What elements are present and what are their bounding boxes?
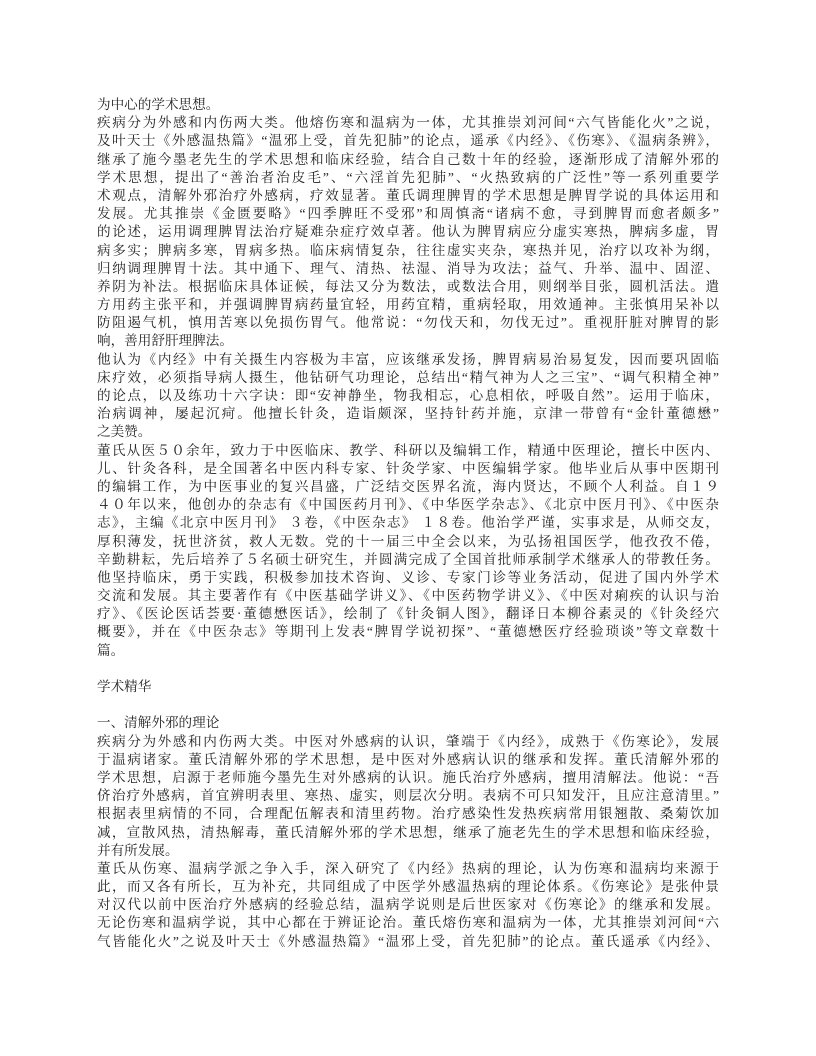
text-line: 董氏从医５０余年，致力于中医临床、教学、科研以及编辑工作，精通中医理论，擅长中医… (97, 442, 719, 460)
text-line: 的编辑工作，为中医事业的复兴昌盛，广泛结交医界名流，海内贤达，不顾个人利益。自１… (97, 478, 719, 496)
text-line: 的论述，运用调理脾胃法治疗疑难杂症疗效卓著。他认为脾胃病应分虚实寒热，脾病多虚，… (97, 223, 719, 241)
text-line: 之美赞。 (97, 423, 719, 441)
text-line: 发展。尤其推崇《金匮要略》“四季脾旺不受邪”和周慎斋“诸病不愈，寻到脾胃而愈者颇… (97, 205, 719, 223)
document-text-body: 为中心的学术思想。疾病分为外感和内伤两大类。他熔伤寒和温病为一体，尤其推崇刘河间… (97, 96, 719, 951)
text-line: 治病调神，屡起沉疴。他擅长针灸，造诣颇深，坚持针药并施，京津一带曾有“金针董德懋… (97, 405, 719, 423)
section-heading: 学术精华 (97, 678, 719, 696)
text-line: 对汉代以前中医治疗外感病的经验总结，温病学说则是后世医家对《伤寒论》的继承和发展… (97, 896, 719, 914)
text-line: 响，善用舒肝理脾法。 (97, 332, 719, 350)
text-line: 学术思想，提出了“善治者治皮毛”、“六淫首先犯肺”、“火热致病的广泛性”等一系列… (97, 169, 719, 187)
section-heading: 一、清解外邪的理论 (97, 714, 719, 732)
text-line: 防阻遏气机，慎用苦寒以免损伤胃气。他常说：“勿伐天和，勿伐无过”。重视肝脏对脾胃… (97, 314, 719, 332)
text-line: 气皆能化火”之说及叶天士《外感温热篇》“温邪上受，首先犯肺”的论点。董氏遥承《内… (97, 933, 719, 951)
text-line: 他认为《内经》中有关摄生内容极为丰富，应该继承发扬，脾胃病易治易复发，因而要巩固… (97, 351, 719, 369)
text-line: 归纳调理脾胃十法。其中通下、理气、清热、祛湿、消导为攻法；益气、升举、温中、固涩… (97, 260, 719, 278)
text-line: 病多实；脾病多寒，胃病多热。临床病情复杂，往往虚实夹杂，寒热并见，治疗以攻补为纲… (97, 242, 719, 260)
text-line: 根据表里病情的不同，合理配伍解表和清里药物。治疗感染性发热疾病常用银翘散、桑菊饮… (97, 805, 719, 823)
text-line: 的论点，以及练功十六字诀：即“安神静坐，物我相忘，心息相依，呼吸自然”。运用于临… (97, 387, 719, 405)
text-line: 于温病诸家。董氏清解外邪的学术思想，是中医对外感病认识的继承和发挥。董氏清解外邪… (97, 751, 719, 769)
text-line: 床疗效，必须指导病人摄生，他钻研气功理论，总结出“精气神为人之三宝”、“调气积精… (97, 369, 719, 387)
text-line: 篇。 (97, 642, 719, 660)
text-line: 方用药主张平和，并强调脾胃病药量宜轻，用药宜精，重病轻取，用效通神。主张慎用呆补… (97, 296, 719, 314)
text-line: ４０年以来，他创办的杂志有《中国医药月刊》、《中华医学杂志》、《北京中医月刊》、… (97, 496, 719, 514)
text-line: 此，而又各有所长，互为补充，共同组成了中医学外感温热病的理论体系。《伤寒论》是张… (97, 878, 719, 896)
text-line: 概要》，并在《中医杂志》等期刊上发表“脾胃学说初探”、“董德懋医疗经验琐谈”等文… (97, 623, 719, 641)
text-line: 厚积薄发，抚世济贫，救人无数。党的十一届三中全会以来，为弘扬祖国医学，他孜孜不倦… (97, 533, 719, 551)
text-line: 交流和发展。其主要著作有《中医基础学讲义》、《中医药物学讲义》、《中医对痢疾的认… (97, 587, 719, 605)
document-page: 为中心的学术思想。疾病分为外感和内伤两大类。他熔伤寒和温病为一体，尤其推崇刘河间… (0, 0, 816, 1056)
text-line: 继承了施今墨老先生的学术思想和临床经验，结合自己数十年的经验，逐渐形成了清解外邪… (97, 151, 719, 169)
text-line: 侪治疗外感病，首宜辨明表里、寒热、虚实，则层次分明。表病不可只知发汗，且应注意清… (97, 787, 719, 805)
text-line: 为中心的学术思想。 (97, 96, 719, 114)
text-line: 儿、针灸各科，是全国著名中医内科专家、针灸学家、中医编辑学家。他毕业后从事中医期… (97, 460, 719, 478)
text-line: 志》，主编《北京中医月刊》 ３卷，《中医杂志》 １８卷。他治学严谨，实事求是，从… (97, 514, 719, 532)
text-line: 辛勤耕耘，先后培养了５名硕士研究生，并圆满完成了全国首批师承制学术继承人的带教任… (97, 551, 719, 569)
text-line: 养阴为补法。根据临床具体证候，每法又分为数法，或数法合用，则纲举目张，圆机活法。… (97, 278, 719, 296)
text-line: 他坚持临床，勇于实践，积极参加技术咨询、义诊、专家门诊等业务活动，促进了国内外学… (97, 569, 719, 587)
text-line: 及叶天士《外感温热篇》“温邪上受，首先犯肺”的论点，遥承《内经》、《伤寒》、《温… (97, 132, 719, 150)
text-line: 董氏从伤寒、温病学派之争入手，深入研究了《内经》热病的理论，认为伤寒和温病均来源… (97, 860, 719, 878)
blank-line (97, 696, 719, 714)
text-line: 术观点，清解外邪治疗外感病，疗效显著。董氏调理脾胃的学术思想是脾胃学说的具体运用… (97, 187, 719, 205)
text-line: 学术思想，启源于老师施今墨先生对外感病的认识。施氏治疗外感病，擅用清解法。他说：… (97, 769, 719, 787)
text-line: 疾病分为外感和内伤两大类。中医对外感病的认识，肇端于《内经》，成熟于《伤寒论》，… (97, 733, 719, 751)
blank-line (97, 660, 719, 678)
text-line: 减，宣散风热，清热解毒，董氏清解外邪的学术思想，继承了施老先生的学术思想和临床经… (97, 824, 719, 842)
text-line: 疗》、《医论医话荟要·董德懋医话》，绘制了《针灸铜人图》，翻译日本柳谷素灵的《针… (97, 605, 719, 623)
text-line: 无论伤寒和温病学说，其中心都在于辨证论治。董氏熔伤寒和温病为一体，尤其推崇刘河间… (97, 914, 719, 932)
text-line: 并有所发展。 (97, 842, 719, 860)
text-line: 疾病分为外感和内伤两大类。他熔伤寒和温病为一体，尤其推崇刘河间“六气皆能化火”之… (97, 114, 719, 132)
